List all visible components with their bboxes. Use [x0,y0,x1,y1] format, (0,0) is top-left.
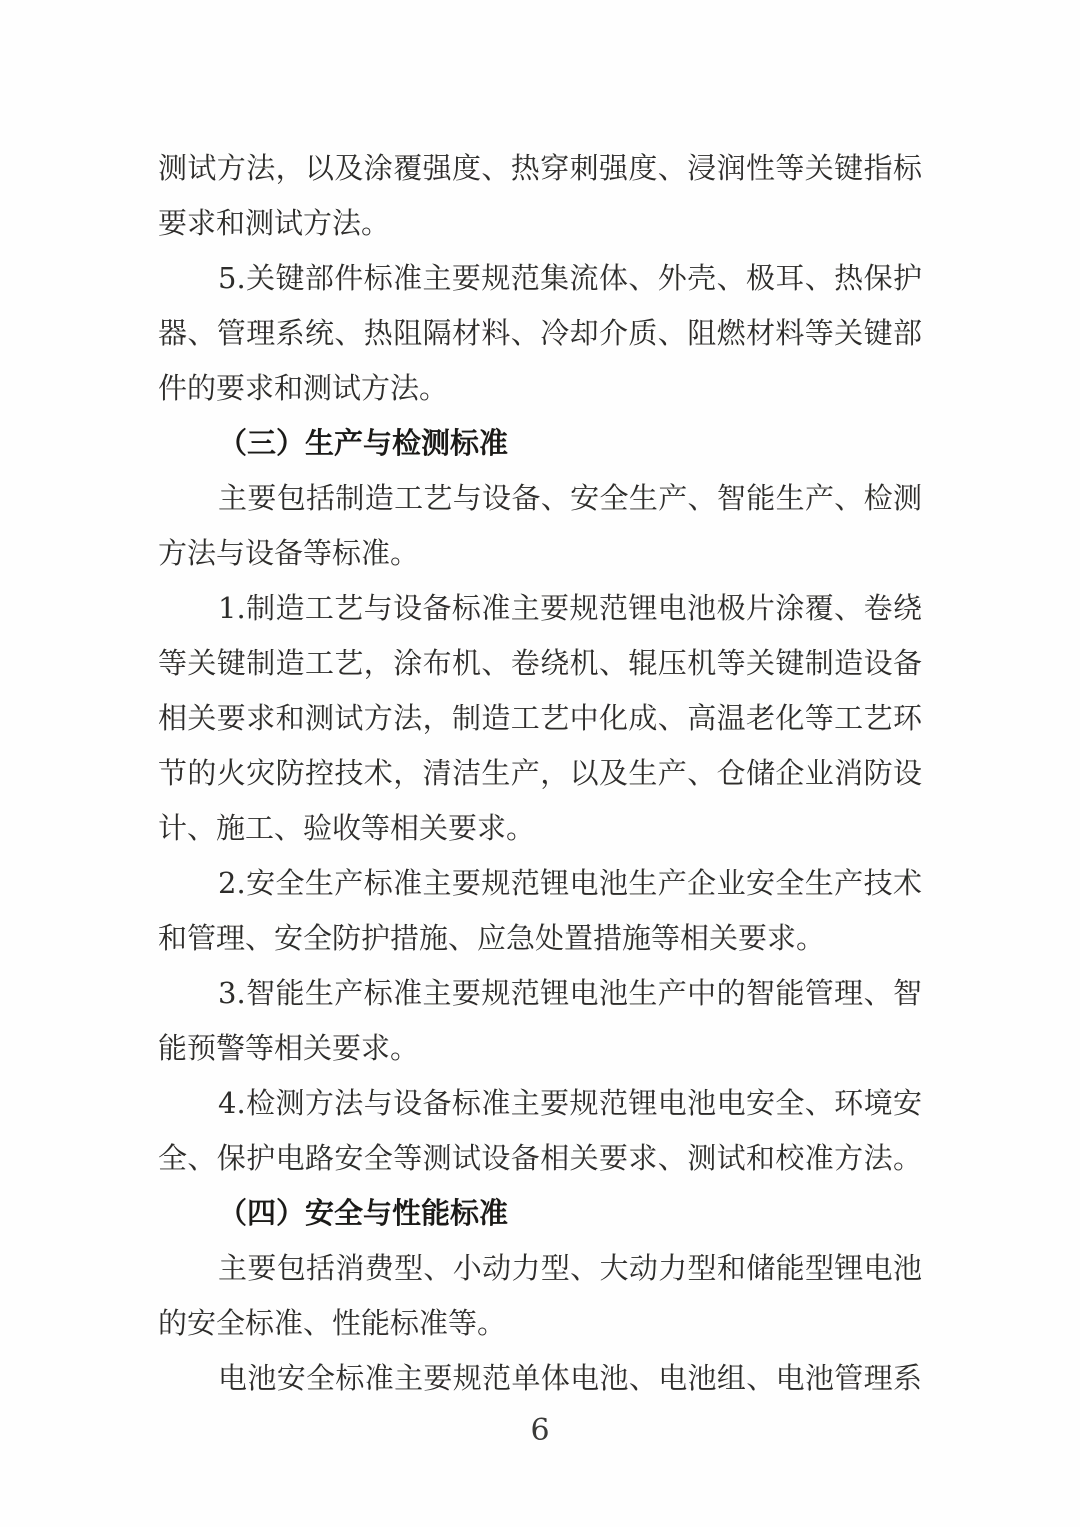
body-line: 能预警等相关要求。 [158,1021,922,1076]
body-line: 电池安全标准主要规范单体电池、电池组、电池管理系 [158,1351,922,1406]
body-line: 节的火灾防控技术，清洁生产，以及生产、仓储企业消防设 [158,746,922,801]
body-line: 2.安全生产标准主要规范锂电池生产企业安全生产技术 [158,856,922,911]
body-line: 全、保护电路安全等测试设备相关要求、测试和校准方法。 [158,1131,922,1186]
document-page: 测试方法，以及涂覆强度、热穿刺强度、浸润性等关键指标 要求和测试方法。 5.关键… [0,0,1080,1527]
body-line: 1.制造工艺与设备标准主要规范锂电池极片涂覆、卷绕 [158,581,922,636]
body-line: 计、施工、验收等相关要求。 [158,801,922,856]
body-line: 件的要求和测试方法。 [158,361,922,416]
section-heading: （四）安全与性能标准 [158,1186,922,1241]
body-line: 等关键制造工艺，涂布机、卷绕机、辊压机等关键制造设备 [158,636,922,691]
document-content: 测试方法，以及涂覆强度、热穿刺强度、浸润性等关键指标 要求和测试方法。 5.关键… [158,141,922,1406]
body-line: 5.关键部件标准主要规范集流体、外壳、极耳、热保护 [158,251,922,306]
body-line: 方法与设备等标准。 [158,526,922,581]
body-line: 相关要求和测试方法，制造工艺中化成、高温老化等工艺环 [158,691,922,746]
section-heading: （三）生产与检测标准 [158,416,922,471]
body-line: 和管理、安全防护措施、应急处置措施等相关要求。 [158,911,922,966]
body-line: 主要包括消费型、小动力型、大动力型和储能型锂电池 [158,1241,922,1296]
page-number: 6 [0,1408,1080,1453]
body-line: 要求和测试方法。 [158,196,922,251]
body-line: 4.检测方法与设备标准主要规范锂电池电安全、环境安 [158,1076,922,1131]
body-line: 器、管理系统、热阻隔材料、冷却介质、阻燃材料等关键部 [158,306,922,361]
body-line: 主要包括制造工艺与设备、安全生产、智能生产、检测 [158,471,922,526]
body-line: 测试方法，以及涂覆强度、热穿刺强度、浸润性等关键指标 [158,141,922,196]
body-line: 的安全标准、性能标准等。 [158,1296,922,1351]
body-line: 3.智能生产标准主要规范锂电池生产中的智能管理、智 [158,966,922,1021]
